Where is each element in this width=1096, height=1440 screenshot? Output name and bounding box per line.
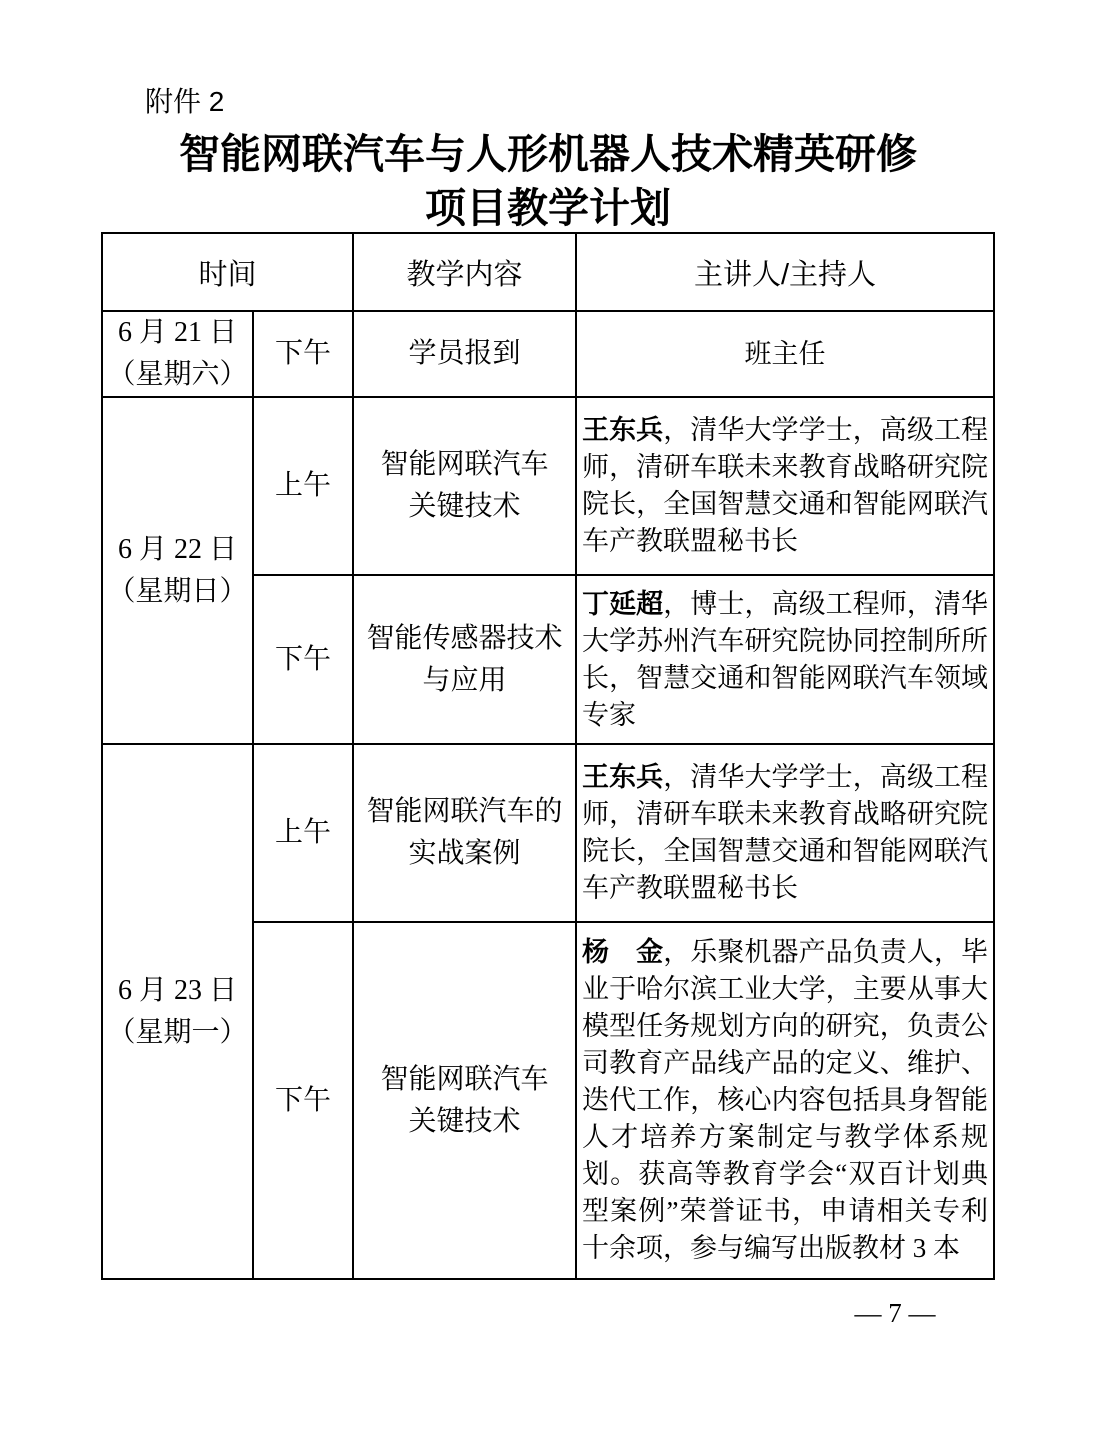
header-cell-content: 教学内容 — [353, 233, 576, 311]
date-cell: 6 月 22 日 （星期日） — [102, 397, 253, 744]
date-cell: 6 月 23 日 （星期一） — [102, 744, 253, 1279]
content-cell: 智能传感器技术 与应用 — [353, 575, 576, 744]
speaker-cell: 王东兵，清华大学学士，高级工程师，清研车联未来教育战略研究院院长，全国智慧交通和… — [576, 744, 994, 922]
table-header-row: 时间 教学内容 主讲人/主持人 — [102, 233, 994, 311]
page-number: — 7 — — [795, 1298, 995, 1329]
table-row-jun22-am: 6 月 22 日 （星期日） 上午 智能网联汽车 关键技术 王东兵，清华大学学士… — [102, 397, 994, 575]
attachment-label: 附件 2 — [145, 84, 224, 120]
page-title-line2: 项目教学计划 — [0, 181, 1096, 235]
period-cell: 下午 — [253, 922, 353, 1279]
schedule-table: 时间 教学内容 主讲人/主持人 6 月 21 日 （星期六） 下午 学员报到 班… — [101, 232, 995, 1280]
speaker-name: 丁延超 — [582, 589, 663, 619]
speaker-cell: 杨 金，乐聚机器产品负责人，毕业于哈尔滨工业大学，主要从事大模型任务规划方向的研… — [576, 922, 994, 1279]
speaker-name: 杨 金 — [582, 937, 663, 967]
page-title: 智能网联汽车与人形机器人技术精英研修 项目教学计划 — [0, 127, 1096, 235]
content-cell: 智能网联汽车 关键技术 — [353, 397, 576, 575]
speaker-desc: 班主任 — [745, 339, 826, 369]
content-cell: 智能网联汽车的 实战案例 — [353, 744, 576, 922]
speaker-name: 王东兵 — [582, 415, 663, 445]
speaker-cell: 王东兵，清华大学学士，高级工程师，清研车联未来教育战略研究院院长，全国智慧交通和… — [576, 397, 994, 575]
speaker-cell: 班主任 — [576, 311, 994, 397]
period-cell: 下午 — [253, 575, 353, 744]
speaker-desc: ，乐聚机器产品负责人，毕业于哈尔滨工业大学，主要从事大模型任务规划方向的研究，负… — [582, 937, 988, 1263]
content-cell: 智能网联汽车 关键技术 — [353, 922, 576, 1279]
header-cell-speaker: 主讲人/主持人 — [576, 233, 994, 311]
speaker-cell: 丁延超，博士，高级工程师，清华大学苏州汽车研究院协同控制所所长，智慧交通和智能网… — [576, 575, 994, 744]
date-cell: 6 月 21 日 （星期六） — [102, 311, 253, 397]
content-cell: 学员报到 — [353, 311, 576, 397]
table-row-jun23-am: 6 月 23 日 （星期一） 上午 智能网联汽车的 实战案例 王东兵，清华大学学… — [102, 744, 994, 922]
table-row-jun21-pm: 6 月 21 日 （星期六） 下午 学员报到 班主任 — [102, 311, 994, 397]
document-page: 附件 2 智能网联汽车与人形机器人技术精英研修 项目教学计划 时间 教学内容 主… — [0, 0, 1096, 1440]
period-cell: 下午 — [253, 311, 353, 397]
period-cell: 上午 — [253, 397, 353, 575]
page-title-line1: 智能网联汽车与人形机器人技术精英研修 — [0, 127, 1096, 181]
period-cell: 上午 — [253, 744, 353, 922]
header-cell-time: 时间 — [102, 233, 353, 311]
speaker-name: 王东兵 — [582, 762, 663, 792]
